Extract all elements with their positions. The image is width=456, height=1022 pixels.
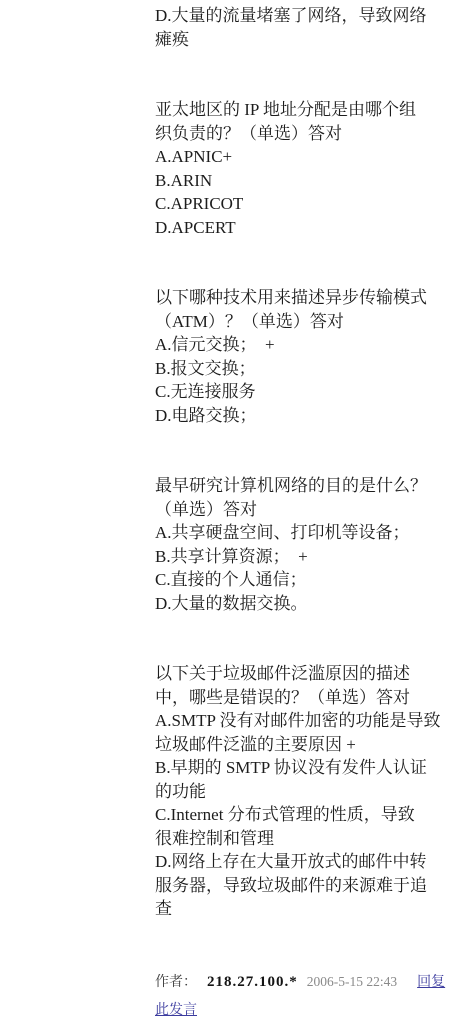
reply-link-part2[interactable]: 此发言 <box>155 1003 197 1018</box>
author-label: 作者： <box>155 975 197 990</box>
post-footer: 作者：218.27.100.*2006-5-15 22:43回复此发言 <box>155 968 455 1022</box>
post-content: D.大量的流量堵塞了网络，导致网络 瘫痪 亚太地区的 IP 地址分配是由哪个组 … <box>0 0 456 921</box>
question-block-spam: 以下关于垃圾邮件泛滥原因的描述 中，哪些是错误的？（单选）答对 A.SMTP 没… <box>155 662 455 921</box>
question-block-ip-allocation: 亚太地区的 IP 地址分配是由哪个组 织负责的？（单选）答对 A.APNIC+ … <box>155 98 455 239</box>
reply-link-part1[interactable]: 回复 <box>417 975 445 990</box>
question-block-atm: 以下哪种技术用来描述异步传输模式 （ATM）？（单选）答对 A.信元交换； + … <box>155 286 455 427</box>
question-block-network-purpose: 最早研究计算机网络的目的是什么？ （单选）答对 A.共享硬盘空间、打印机等设备；… <box>155 474 455 615</box>
question-option-fragment: D.大量的流量堵塞了网络，导致网络 瘫痪 <box>155 4 455 51</box>
author-ip: 218.27.100.* <box>207 974 298 990</box>
post-timestamp: 2006-5-15 22:43 <box>307 974 397 989</box>
forum-post-page: D.大量的流量堵塞了网络，导致网络 瘫痪 亚太地区的 IP 地址分配是由哪个组 … <box>0 0 456 1022</box>
reply-link[interactable]: 回复此发言 <box>155 975 445 1018</box>
